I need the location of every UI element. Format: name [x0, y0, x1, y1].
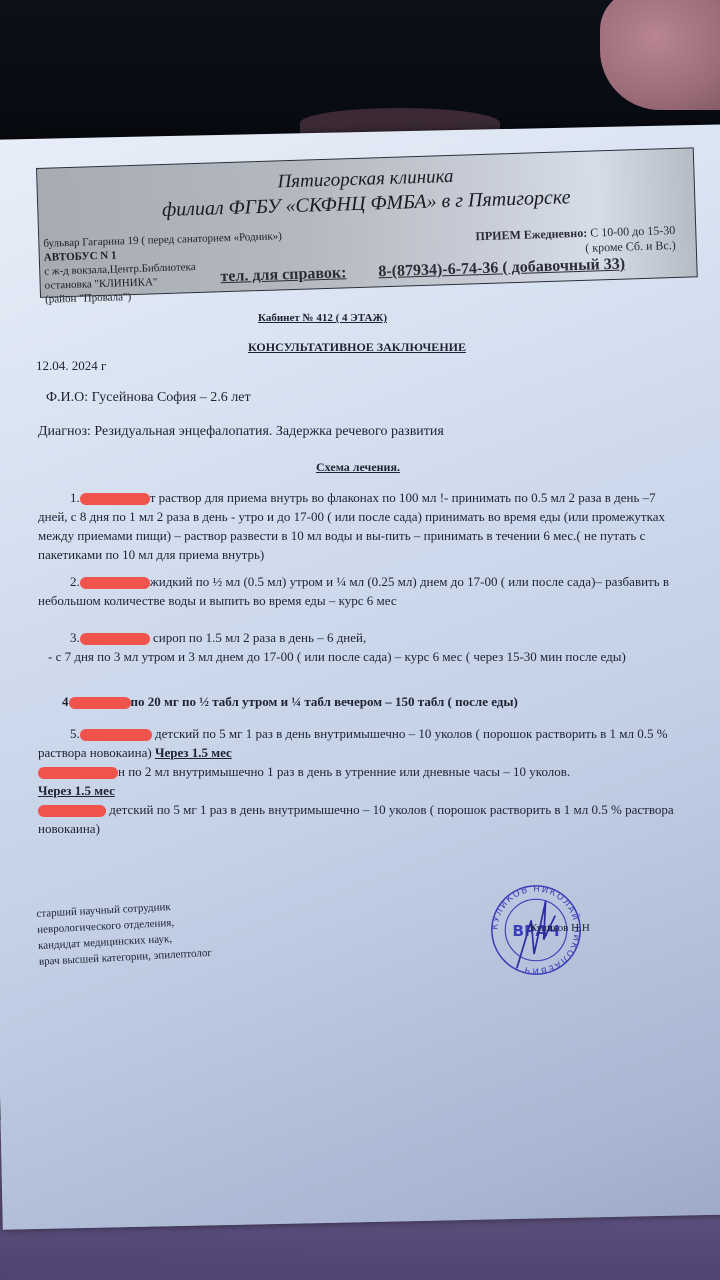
- doctor-credentials: старший научный сотрудник неврологическо…: [36, 897, 212, 970]
- treatment-item-4: 4по 20 мг по ½ табл утром и ¼ табл вечер…: [62, 692, 682, 711]
- redaction-mark: [38, 767, 118, 779]
- redaction-mark: [69, 697, 131, 709]
- clinic-header: Пятигорская клиника филиал ФГБУ «СКФНЦ Ф…: [36, 147, 698, 298]
- redaction-mark: [80, 729, 152, 741]
- treatment-item-1: 1.т раствор для приема внутрь во флакона…: [38, 488, 678, 564]
- treatment-scheme-title: Схема лечения.: [316, 460, 400, 475]
- redaction-mark: [80, 493, 150, 505]
- treatment-item-5: 5. детский по 5 мг 1 раз в день внутримы…: [38, 724, 688, 838]
- treatment-item-2: 2.жидкий по ½ мл (0.5 мл) утром и ¼ мл (…: [38, 572, 678, 610]
- cabinet-number: Кабинет № 412 ( 4 ЭТАЖ): [258, 312, 387, 324]
- redaction-mark: [80, 633, 150, 645]
- reception-hours: ПРИЕМ Ежедневно: С 10-00 до 15-30 ( кром…: [475, 223, 676, 259]
- phone-number: 8-(87934)-6-74-36 ( добавочный 33): [378, 256, 625, 281]
- treatment-item-3: 3. сироп по 1.5 мл 2 раза в день – 6 дне…: [38, 628, 678, 666]
- document-date: 12.04. 2024 г: [36, 358, 106, 374]
- document: Пятигорская клиника филиал ФГБУ «СКФНЦ Ф…: [0, 0, 720, 1280]
- redaction-mark: [38, 805, 106, 817]
- document-title: КОНСУЛЬТАТИВНОЕ ЗАКЛЮЧЕНИЕ: [248, 340, 466, 355]
- doctor-name: Куликов Н.Н: [530, 922, 590, 934]
- patient-name: Ф.И.О: Гусейнова София – 2.6 лет: [46, 390, 251, 406]
- diagnosis: Диагноз: Резидуальная энцефалопатия. Зад…: [38, 424, 444, 440]
- redaction-mark: [80, 577, 150, 589]
